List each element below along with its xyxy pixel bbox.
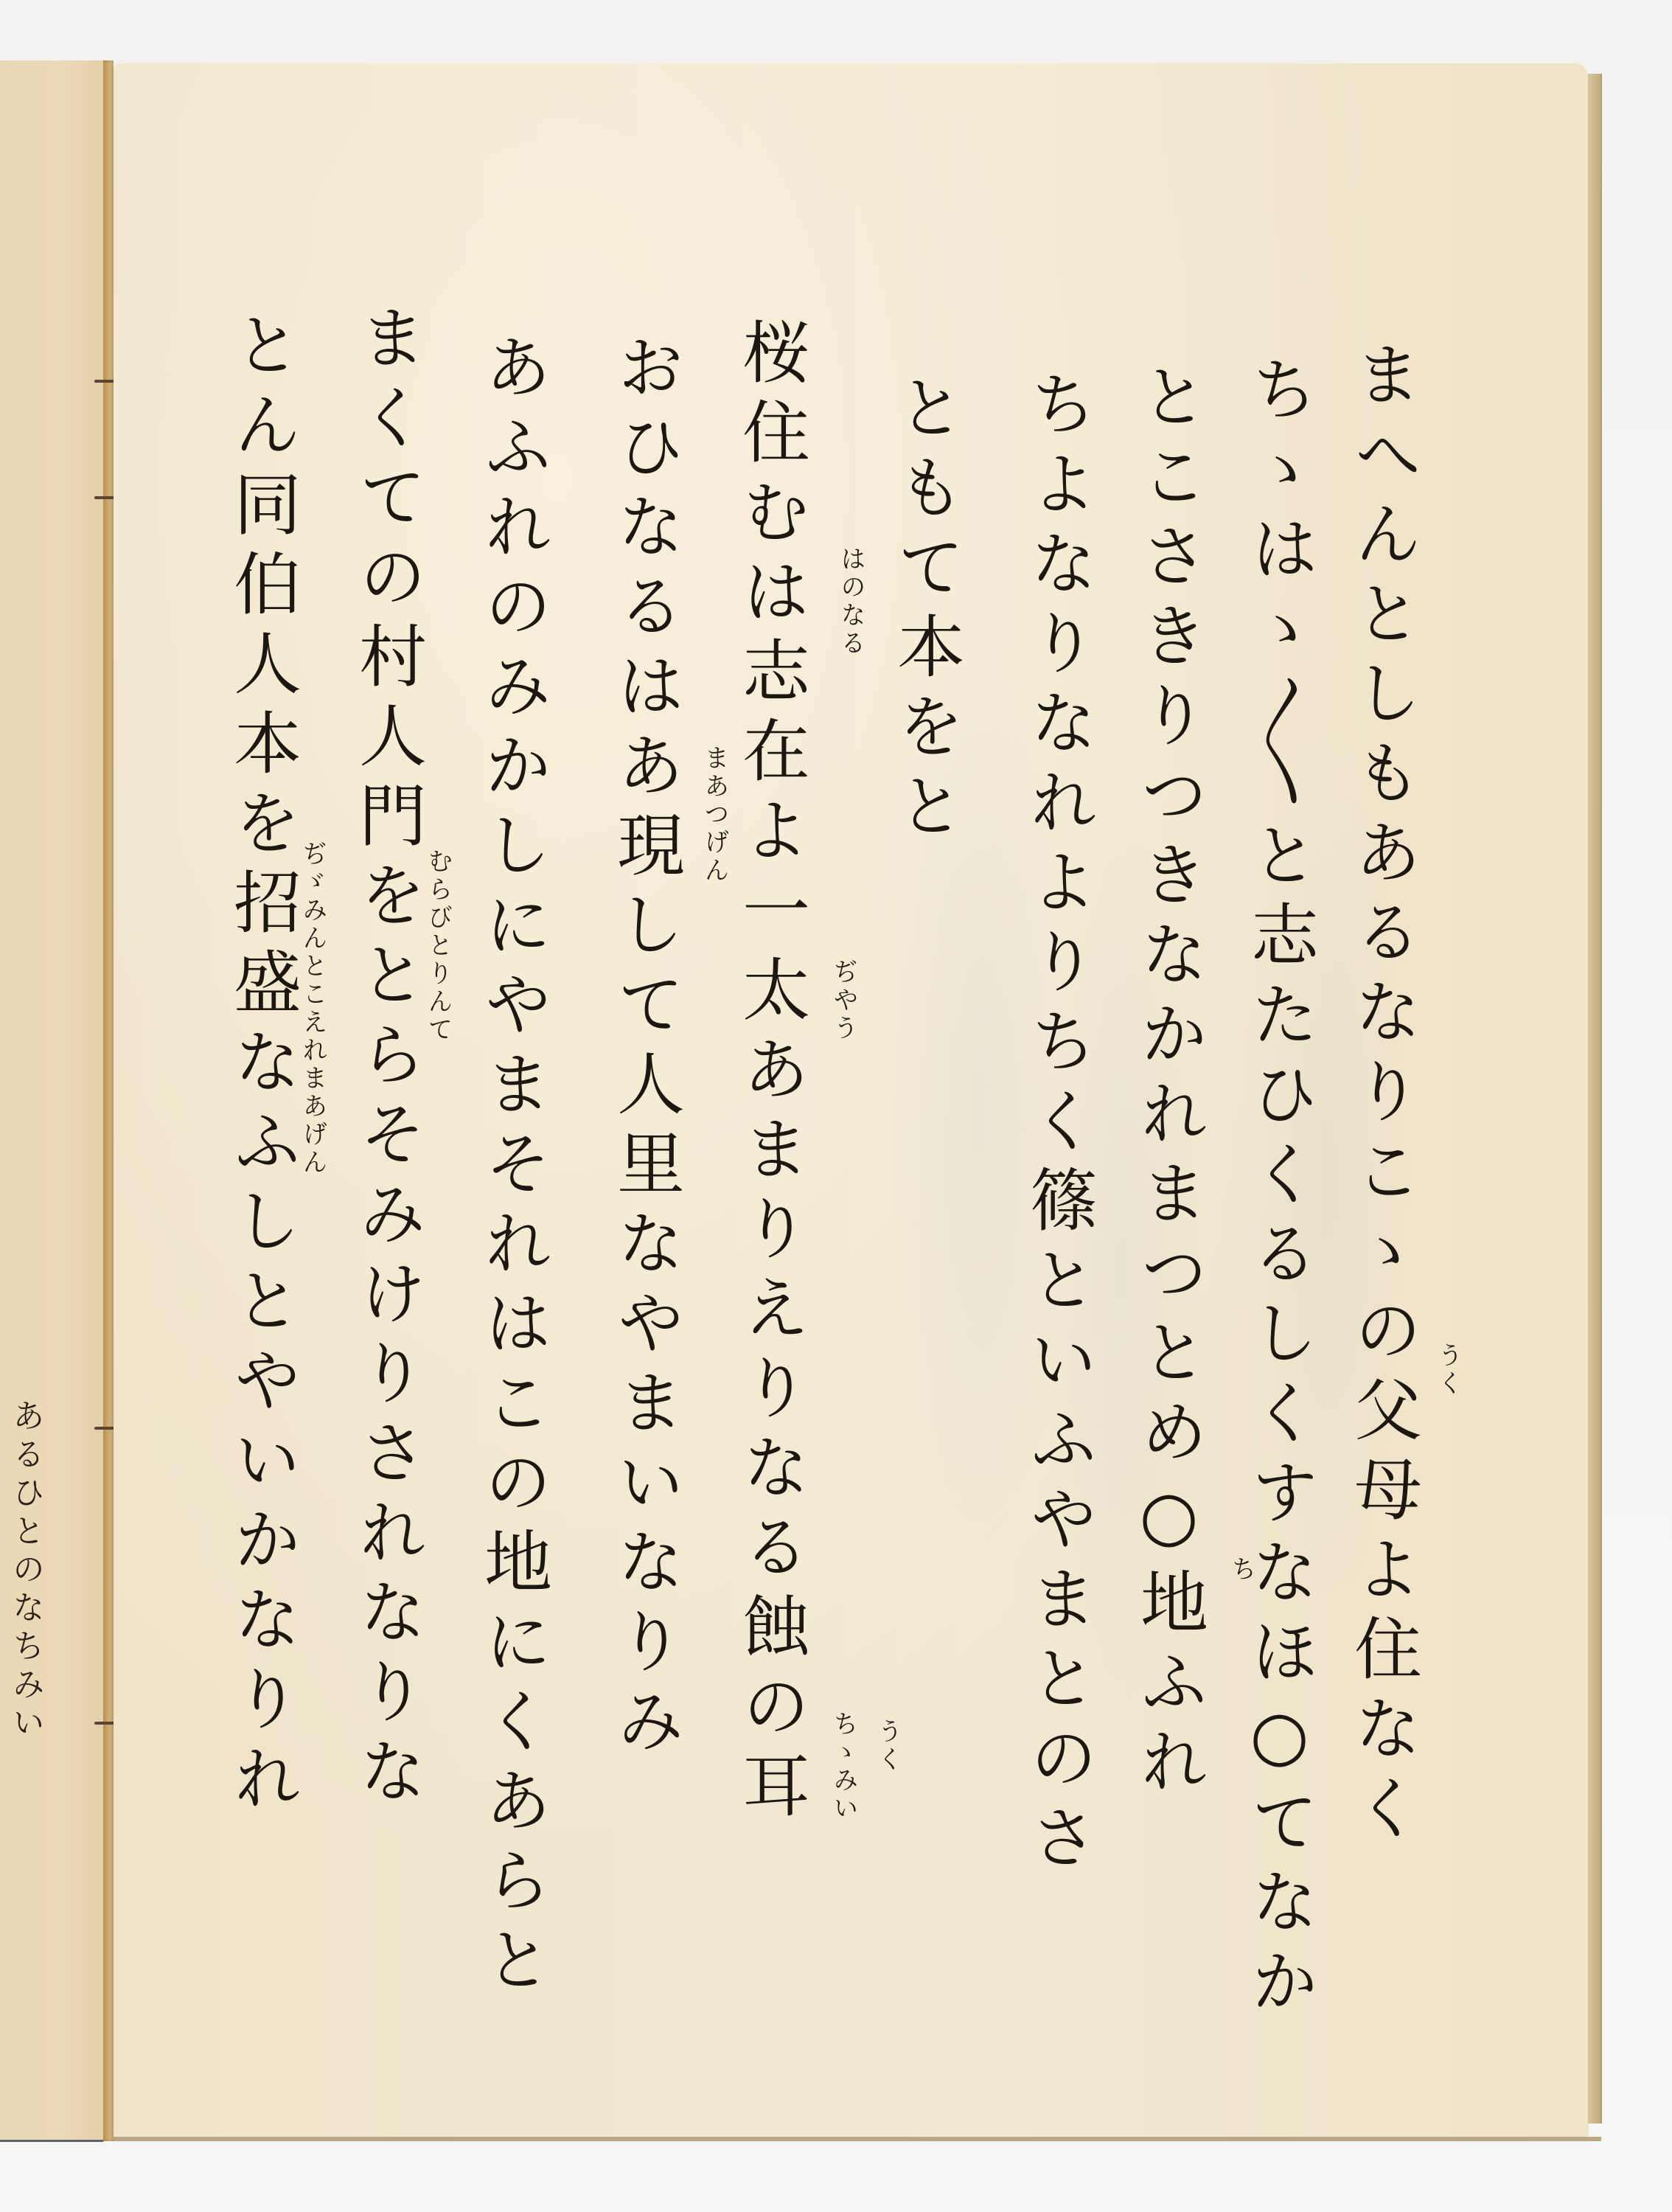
text-column-5: ともて本をと [885,372,966,850]
text-column-1: まへんとしもあるなりこゝの父母よ住なく [1342,339,1423,1852]
furigana-6: うく [870,1718,906,1774]
text-column-3: とこさきりつきなかれまつとめ○地ふれ [1128,361,1209,1806]
furigana-4: ぢやう [826,959,862,1043]
text-column-4: ちよなりなれよりちく篠といふやまとのさ [1017,369,1098,1882]
furigana-5: ちゝみい [826,1711,862,1823]
text-column-7: おひなるはあ現して人里なやまいなりみ [605,332,686,1765]
text-column-9: まくての村人門をとらそみけりされなりな [346,302,428,1815]
text-column-6: 桜住むは志在よ一太あまりえりなる蝕の耳 [730,317,811,1830]
book-photograph: ゝ り り く ゝ あるひとのなちみい まへんとしもあるなりこゝの父母よ住なく … [0,0,1672,2212]
furigana-2: ち [1224,1556,1260,1584]
furigana-8: むらびとりんて [420,848,456,1044]
text-column-8: あふれのみかしにやまそれはこの地にくあらと [472,332,553,2004]
text-columns: まへんとしもあるなりこゝの父母よ住なく ちゝはゝ〳〵と志たひくるしくすなほ○てな… [0,0,1672,2212]
furigana-3: はのなる [833,546,869,658]
furigana-9: ぢゞみんとこえれまあげん [295,841,331,1177]
furigana-1: うく [1430,1342,1466,1398]
furigana-7: まあつげん [697,745,733,885]
text-column-2: ちゝはゝ〳〵と志たひくるしくすなほ○てなか [1239,354,1320,2025]
text-column-10: とん同伯人本を招盛なふしとやいかなりれ [221,310,302,1823]
